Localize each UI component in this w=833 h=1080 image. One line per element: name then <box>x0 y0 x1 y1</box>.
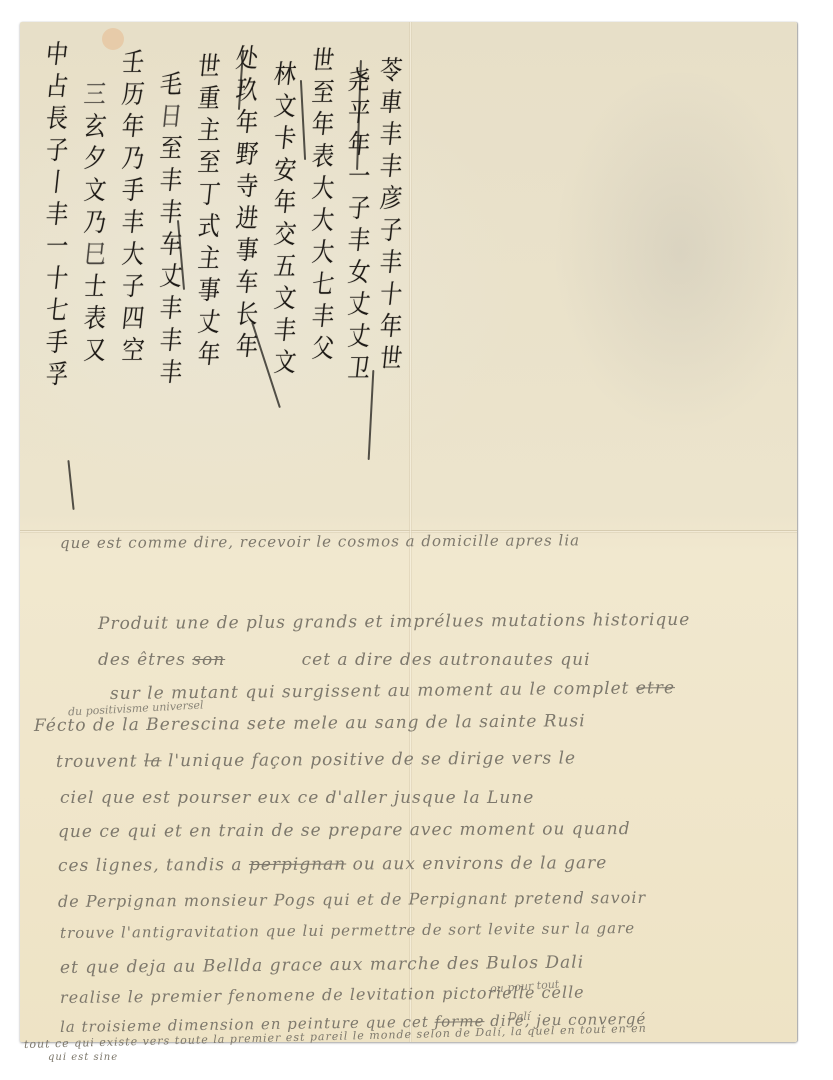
handwritten-line: que est comme dire, recevoir le cosmos a… <box>60 531 580 552</box>
handwritten-line: trouve l'antigravitation que lui permett… <box>60 919 635 942</box>
handwritten-line: trouvent la l'unique façon positive de s… <box>56 748 576 772</box>
handwritten-line: ces lignes, tandis a perpignan ou aux en… <box>58 853 607 876</box>
handwritten-text: que est comme dire, recevoir le cosmos a… <box>20 22 797 1042</box>
handwritten-line: des êtres son cet a dire des autronautes… <box>98 650 591 670</box>
handwritten-line: qui est sine <box>48 1052 118 1063</box>
handwritten-line: realise le premier fenomene de levitatio… <box>60 983 585 1007</box>
handwritten-line: Produit une de plus grands et imprélues … <box>98 610 690 634</box>
handwritten-line: Fécto de la Berescina sete mele au sang … <box>34 711 586 736</box>
handwritten-line: de Perpignan monsieur Pogs qui et de Per… <box>58 888 646 911</box>
handwritten-line: ciel que est pourser eux ce d'aller jusq… <box>60 788 534 808</box>
handwritten-line: et que deja au Bellda grace aux marche d… <box>60 953 584 978</box>
handwritten-line: que ce qui et en train de se prepare ave… <box>58 819 631 842</box>
letter-sheet: 中 占 長 子 丨 丰 一 十 七 手 孚 三 玄 夕 文 乃 巳 士 表 又 … <box>20 22 797 1042</box>
